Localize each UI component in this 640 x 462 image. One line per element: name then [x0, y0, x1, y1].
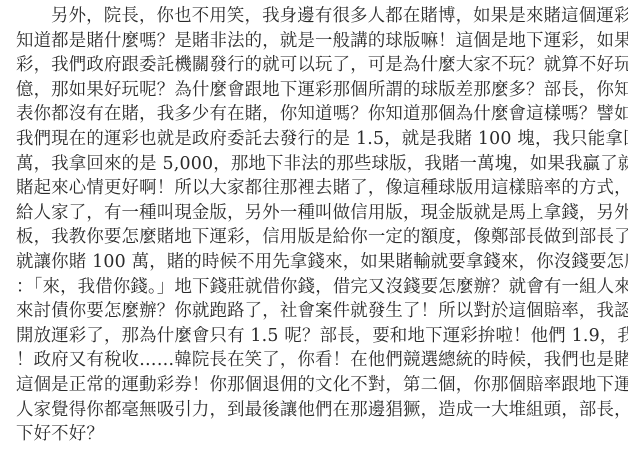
text-line: 人家覺得你都毫無吸引力，到最後讓他們在那邊猖獗，造成一大堆組頭，部長，你簡單回應… — [16, 398, 628, 423]
transcript-paragraph: 另外，院長，你也不用笑，我身邊有很多人都在賭博，如果是來賭這個運彩也還好，可是你… — [16, 4, 628, 447]
text-line: 我們現在的運彩也就是政府委託去發行的是 1.5，就是我賭 100 塊，我只能拿回… — [16, 127, 628, 152]
text-line: ！政府又有稅收……韓院長在笑了，你看！在他們競選總統的時候，我們也是賭到要死，何… — [16, 348, 628, 373]
text-line: 板，我教你要怎麼賭地下運彩，信用版是給你一定的額度，像鄭部長做到部長了，這樣的級… — [16, 225, 628, 250]
text-line: 表你都沒有在賭，我多少有在賭，你知道嗎？你知道那個為什麼會這樣嗎？譬如說那個賠率… — [16, 102, 628, 127]
text-line: 這個是正常的運動彩券！你那個退佣的文化不對，第二個，你那個賠率跟地下運彩差太多，… — [16, 373, 628, 398]
text-line: 賭起來心情更好啊！所以大家都往那裡去賭了，像這種球版用這樣賠率的方式，我們政府就… — [16, 176, 628, 201]
text-line: 來討債你要怎麼辦？你就跑路了，社會案件就發生了！所以對於這個賠率，我認為我們就已… — [16, 299, 628, 324]
text-line: 開放運彩了，那為什麼會只有 1.5 呢？部長，要和地下運彩拚啦！他們 1.9，我… — [16, 324, 628, 349]
text-line: 給人家了，有一種叫現金版，另外一種叫做信用版，現金版就是馬上拿錢，另外一種叫做信… — [16, 201, 628, 226]
text-line: ：「來，我借你錢。」地下錢莊就借你錢，借完又沒錢要怎麼辦？就會有一組人來跟你討債… — [16, 275, 628, 300]
text-line: 萬，我拿回來的是 5,000，那地下非法的那些球版，我賭一萬塊，如果我贏了就是贏… — [16, 152, 628, 177]
text-line: 知道都是賭什麼嗎？是賭非法的，就是一般講的球版嘛！這個是地下運彩，如果真的是要玩… — [16, 29, 628, 54]
text-line: 另外，院長，你也不用笑，我身邊有很多人都在賭博，如果是來賭這個運彩也還好，可是你 — [16, 4, 628, 29]
text-line: 彩，我們政府跟委託機關發行的就可以玩了，可是為什麼大家不玩？就算不好玩，一年還有… — [16, 53, 628, 78]
text-line: 億，那如果好玩呢？為什麼會跟地下運彩那個所謂的球版差那麼多？部長，你知道嗎？這樣… — [16, 78, 628, 103]
text-line: 下好不好？ — [16, 422, 628, 447]
text-line: 就讓你賭 100 萬，賭的時候不用先拿錢來，如果賭輸就要拿錢來，你沒錢要怎麼辦？… — [16, 250, 628, 275]
